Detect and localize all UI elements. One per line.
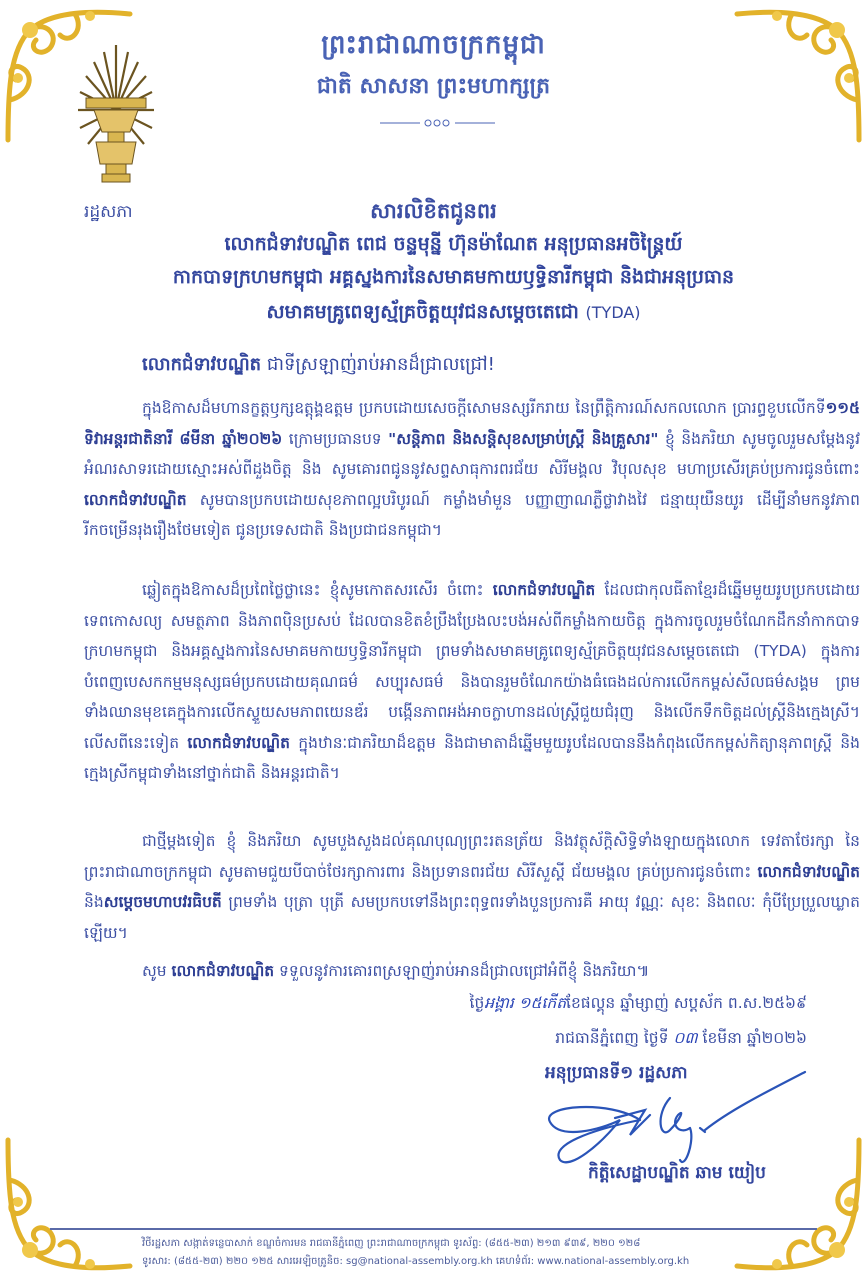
paragraph-1: ក្នុងឱកាសដ៏មហានក្ខត្តឫក្សឧត្តុង្គឧត្តម ប…: [84, 393, 860, 546]
text: ទទួលនូវការគោរពស្រឡាញ់រាប់អានដ៏ជ្រាលជ្រៅអ…: [274, 962, 649, 980]
theme-text: "សន្តិភាព និងសន្តិសុខសម្រាប់ស្ត្រី និងគ្…: [388, 430, 658, 448]
signatory-name: កិត្តិសេដ្ឋាបណ្ឌិត ឆាម យៀប: [588, 1162, 766, 1187]
text: ក្រោមប្រធានបទ: [282, 430, 388, 448]
gregorian-date: រាជធានីភ្នំពេញ ថ្ងៃទី ០៣ ខែមីនា ឆ្នាំ២០២…: [555, 1028, 807, 1051]
text: ក្នុងឱកាសដ៏មហានក្ខត្តឫក្សឧត្តុង្គឧត្តម ប…: [142, 399, 826, 417]
handwritten-text: អង្គារ ១៥កើត: [484, 994, 566, 1012]
kingdom-title: ព្រះរាជាណាចក្រកម្ពុជា: [0, 28, 867, 66]
recipient-line-1: លោកជំទាវបណ្ឌិត ពេជ ចន្ទមុន្នី ហ៊ុនម៉ាណែត…: [60, 232, 847, 260]
recipient-org-abbrev: (TYDA): [586, 303, 641, 322]
lunar-date: ថ្ងៃអង្គារ ១៥កើតខែផល្គុន ឆ្នាំម្សាញ់ សប្…: [470, 993, 807, 1016]
handwritten-day: ០៣: [673, 1029, 697, 1047]
paragraph-3: ជាថ្មីម្តងទៀត ខ្ញុំ និងភរិយា សូមបួងសួងដល…: [84, 826, 860, 948]
salutation-text: ជាទីស្រឡាញ់រាប់អានដ៏ជ្រាលជ្រៅ!: [261, 354, 495, 375]
national-motto: ជាតិ សាសនា ព្រះមហាក្សត្រ: [0, 72, 867, 104]
text: គេហទំព័រ:: [493, 1256, 538, 1267]
salutation: លោកជំទាវបណ្ឌិត ជាទីស្រឡាញ់រាប់អានដ៏ជ្រាល…: [142, 352, 495, 379]
bold-text: លោកជំទាវបណ្ឌិត: [172, 962, 275, 980]
salutation-honorific: លោកជំទាវបណ្ឌិត: [142, 354, 261, 375]
ornamental-divider-icon: [380, 118, 495, 128]
letter-title: សារលិខិតជូនពរ: [0, 198, 867, 229]
bold-text: លោកជំទាវបណ្ឌិត: [187, 734, 290, 752]
bold-text: សម្តេចមហាបវរធិបតី: [104, 893, 222, 911]
footer-address: វិថីរដ្ឋសភា សង្កាត់ទន្លេបាសាក់ ខណ្ឌចំការ…: [142, 1236, 762, 1251]
paragraph-2: ឆ្លៀតក្នុងឱកាសដ៏ប្រពៃថ្លៃថ្លានេះ ខ្ញុំសូ…: [84, 575, 860, 789]
text: ជាថ្មីម្តងទៀត ខ្ញុំ និងភរិយា សូមបួងសួងដល…: [84, 832, 860, 881]
bold-text: លោកជំទាវបណ្ឌិត: [757, 863, 860, 881]
paragraph-4: សូម លោកជំទាវបណ្ឌិត ទទួលនូវការគោរពស្រឡាញ់…: [142, 956, 862, 987]
bold-text: លោកជំទាវបណ្ឌិត: [84, 491, 187, 509]
footer-contact: ទូរសារ: (៨៥៥-២៣) ២២០ ១២៥ សារអេឡិចត្រូនិច…: [142, 1254, 762, 1269]
text: និង: [84, 893, 104, 911]
text: ថ្ងៃ: [470, 994, 485, 1012]
bold-text: លោកជំទាវបណ្ឌិត: [493, 581, 596, 599]
handwritten-signature-icon: [520, 1060, 810, 1175]
email-link[interactable]: sg@national-assembly.org.kh: [346, 1256, 493, 1267]
recipient-org: សមាគមគ្រូពេទ្យស្ម័គ្រចិត្តយុវជនសម្ដេចតេជ…: [266, 301, 578, 323]
text: ដែលជាកុលធីតាខ្មែរដ៏ឆ្នើមមួយរូបប្រកបដោយទេ…: [84, 581, 860, 752]
recipient-line-2: កាកបាទក្រហមកម្ពុជា អគ្គស្នងការនៃសមាគមកាយ…: [60, 265, 847, 293]
text: ឆ្លៀតក្នុងឱកាសដ៏ប្រពៃថ្លៃថ្លានេះ ខ្ញុំសូ…: [142, 581, 493, 599]
text: ខែមីនា ឆ្នាំ២០២៦: [698, 1029, 807, 1047]
text: ទូរសារ: (៨៥៥-២៣) ២២០ ១២៥ សារអេឡិចត្រូនិច…: [142, 1256, 346, 1267]
website-link[interactable]: www.national-assembly.org.kh: [537, 1256, 689, 1267]
recipient-line-3: សមាគមគ្រូពេទ្យស្ម័គ្រចិត្តយុវជនសម្ដេចតេជ…: [60, 300, 847, 328]
text: រាជធានីភ្នំពេញ ថ្ងៃទី: [555, 1029, 673, 1047]
gold-corner-ornament-icon: [0, 1130, 140, 1280]
text: សូមបានប្រកបដោយសុខភាពល្អបរិបូរណ៍ កម្លាំងម…: [84, 491, 860, 540]
text: សូម: [142, 962, 172, 980]
text: ខែផល្គុន ឆ្នាំម្សាញ់ សប្តស័ក ព.ស.២៥៦៩: [566, 994, 807, 1012]
footer-divider: [50, 1228, 817, 1230]
